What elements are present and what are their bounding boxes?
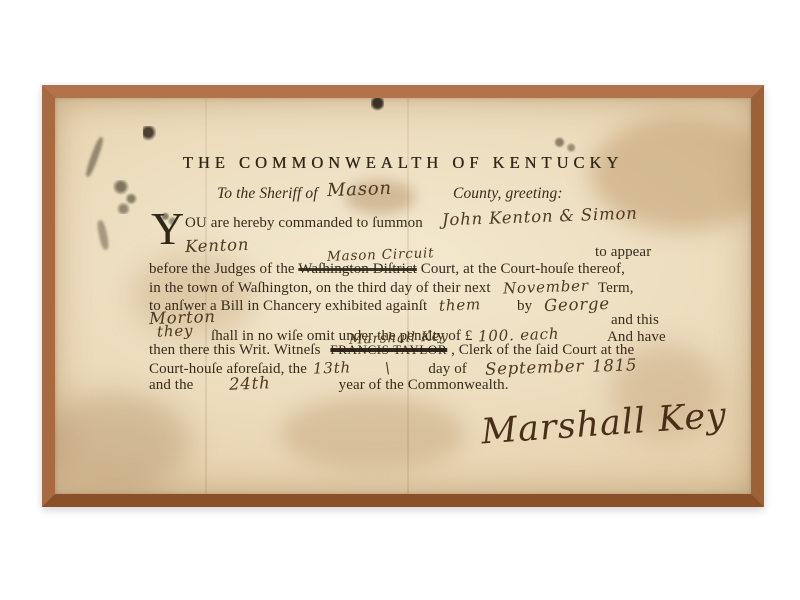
- ink-specks-right: [553, 136, 579, 154]
- to-appear-print: to appear: [595, 244, 651, 261]
- court-line: before the Judges of the Waſhington Diſt…: [149, 261, 709, 278]
- they-handwritten: they: [157, 321, 194, 340]
- year-1815-handwritten: 1815: [592, 355, 638, 376]
- clerk-signature: Marshall Key: [480, 395, 728, 452]
- line8-pre: then there this Writ. Witneſs: [149, 342, 321, 358]
- and-this-print: and this: [611, 312, 659, 329]
- mason-circuit-insert-handwritten: Mason Circuit: [327, 245, 435, 265]
- ink-smudge-streak-lower: [96, 219, 110, 250]
- commonwealth-year-line: and the 24th year of the Commonwealth.: [149, 374, 709, 394]
- defendant-continued-handwritten: Kenton: [185, 235, 250, 256]
- twenty-fourth-handwritten: 24th: [229, 373, 271, 393]
- defendants-handwritten: John Kenton & Simon: [442, 204, 638, 230]
- document-title: THE COMMONWEALTH OF KENTUCKY: [55, 153, 751, 173]
- stain-bottom-left: [55, 393, 190, 493]
- dropcap-y: Y: [151, 206, 184, 252]
- george-handwritten: George: [544, 294, 611, 315]
- by-print: by: [517, 298, 532, 314]
- line10-pre: and the: [149, 377, 193, 393]
- line3-post: Court, at the Court-houſe thereof,: [421, 261, 625, 277]
- document-paper: THE COMMONWEALTH OF KENTUCKY To the Sher…: [55, 98, 751, 494]
- line1-print: OU are hereby commanded to ſummon: [185, 215, 423, 232]
- ink-smudge-hook: [143, 126, 156, 142]
- picture-frame: THE COMMONWEALTH OF KENTUCKY To the Sher…: [42, 85, 764, 507]
- county-handwritten: Mason: [327, 178, 393, 201]
- line4-pre: in the town of Waſhington, on the third …: [149, 280, 491, 296]
- photo-background: THE COMMONWEALTH OF KENTUCKY To the Sher…: [0, 0, 800, 600]
- ink-blob-top-center: [371, 98, 384, 112]
- stain-bottom-center: [280, 396, 465, 471]
- line10-post: year of the Commonwealth.: [339, 377, 509, 393]
- line3-pre: before the Judges of the: [149, 261, 295, 277]
- salutation-pre: To the Sheriff of: [217, 185, 318, 203]
- ink-smudge-dots: [113, 180, 139, 214]
- salutation-post: County, greeting:: [453, 185, 563, 203]
- them-handwritten: them: [439, 295, 482, 314]
